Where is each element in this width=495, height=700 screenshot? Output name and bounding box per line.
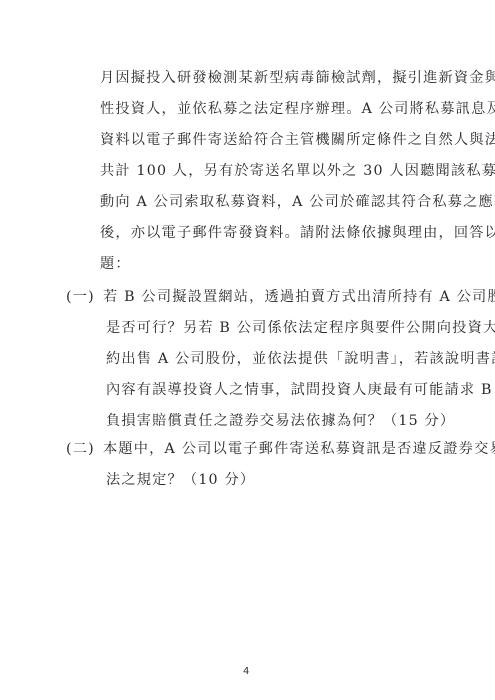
paragraph-line: 性投資人，並依私募之法定程序辦理。A 公司將私募訊息及相關 [100, 100, 495, 118]
paragraph-line: 資料以電子郵件寄送給符合主管機關所定條件之自然人與法人 [100, 131, 495, 149]
question-line: 約出售 A 公司股份，並依法提供「說明書」，若該說明書記載之 [106, 350, 495, 368]
page-number: 4 [243, 666, 249, 677]
paragraph-line: 題： [100, 255, 131, 273]
question-line: 若 B 公司擬設置網站，透過拍賣方式出清所持有 A 公司股份， [103, 288, 495, 306]
paragraph-line: 後，亦以電子郵件寄發資料。請附法條依據與理由，回答以下問 [100, 224, 495, 242]
question-line: 內容有誤導投資人之情事，試問投資人庚最有可能請求 B 公司 [106, 381, 495, 399]
question-line: 法之規定？（10 分） [106, 471, 255, 489]
question-marker: (二) [66, 440, 95, 458]
question-line: 本題中，A 公司以電子郵件寄送私募資訊是否違反證券交易 [103, 440, 495, 458]
question-marker: (一) [66, 288, 95, 306]
question-line: 負損害賠償責任之證券交易法依據為何？（15 分） [106, 412, 455, 430]
question-line: 是否可行？另若 B 公司係依法定程序與要件公開向投資大眾要 [106, 319, 495, 337]
document-page: 月因擬投入研發檢測某新型病毒篩檢試劑，擬引進新資金與策略 性投資人，並依私募之法… [0, 0, 495, 700]
paragraph-line: 月因擬投入研發檢測某新型病毒篩檢試劑，擬引進新資金與策略 [100, 69, 495, 87]
paragraph-line: 動向 A 公司索取私募資料，A 公司於確認其符合私募之應募資格 [100, 193, 495, 211]
paragraph-line: 共計 100 人，另有於寄送名單以外之 30 人因聽聞該私募案，主 [100, 162, 495, 180]
